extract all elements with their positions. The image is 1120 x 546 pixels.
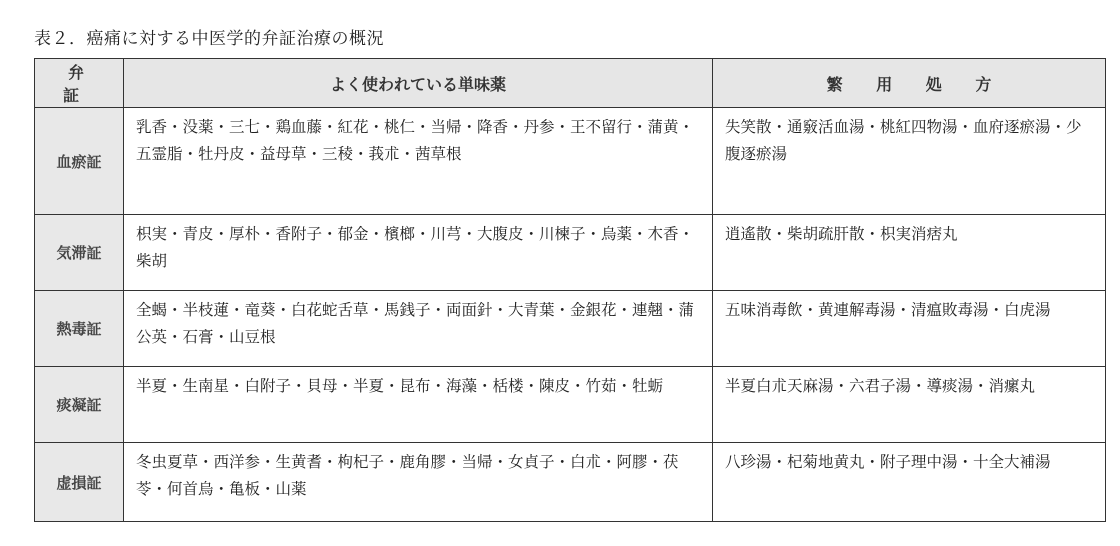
herbs-cell: 乳香・没薬・三七・鶏血藤・紅花・桃仁・当帰・降香・丹参・王不留行・蒲黄・五霊脂・… <box>124 108 713 215</box>
table-row: 虚損証 冬虫夏草・西洋参・生黄耆・枸杞子・鹿角膠・当帰・女貞子・白朮・阿膠・茯苓… <box>35 443 1106 522</box>
formulas-cell: 八珍湯・杞菊地黄丸・附子理中湯・十全大補湯 <box>713 443 1106 522</box>
herbs-cell: 冬虫夏草・西洋参・生黄耆・枸杞子・鹿角膠・当帰・女貞子・白朮・阿膠・茯苓・何首烏… <box>124 443 713 522</box>
pattern-cell: 気滞証 <box>35 215 124 291</box>
table-row: 気滞証 枳実・青皮・厚朴・香附子・郁金・檳榔・川芎・大腹皮・川楝子・烏薬・木香・… <box>35 215 1106 291</box>
pattern-cell: 痰凝証 <box>35 367 124 443</box>
formulas-cell: 半夏白朮天麻湯・六君子湯・導痰湯・消瘰丸 <box>713 367 1106 443</box>
herbs-cell: 全蝎・半枝蓮・竜葵・白花蛇舌草・馬銭子・両面針・大青葉・金銀花・連翹・蒲公英・石… <box>124 291 713 367</box>
header-herbs: よく使われている単味薬 <box>124 59 713 108</box>
herbs-cell: 枳実・青皮・厚朴・香附子・郁金・檳榔・川芎・大腹皮・川楝子・烏薬・木香・柴胡 <box>124 215 713 291</box>
header-row: 弁 証 よく使われている単味薬 繁 用 処 方 <box>35 59 1106 108</box>
pattern-cell: 血瘀証 <box>35 108 124 215</box>
header-formulas: 繁 用 処 方 <box>713 59 1106 108</box>
table-row: 血瘀証 乳香・没薬・三七・鶏血藤・紅花・桃仁・当帰・降香・丹参・王不留行・蒲黄・… <box>35 108 1106 215</box>
formulas-cell: 五味消毒飲・黄連解毒湯・清瘟敗毒湯・白虎湯 <box>713 291 1106 367</box>
pattern-cell: 虚損証 <box>35 443 124 522</box>
table-row: 熱毒証 全蝎・半枝蓮・竜葵・白花蛇舌草・馬銭子・両面針・大青葉・金銀花・連翹・蒲… <box>35 291 1106 367</box>
treatment-table: 弁 証 よく使われている単味薬 繁 用 処 方 血瘀証 乳香・没薬・三七・鶏血藤… <box>34 58 1106 522</box>
herbs-cell: 半夏・生南星・白附子・貝母・半夏・昆布・海藻・栝楼・陳皮・竹茹・牡蛎 <box>124 367 713 443</box>
table-caption: 表２．癌痛に対する中医学的弁証治療の概況 <box>34 24 384 49</box>
table-row: 痰凝証 半夏・生南星・白附子・貝母・半夏・昆布・海藻・栝楼・陳皮・竹茹・牡蛎 半… <box>35 367 1106 443</box>
header-pattern: 弁 証 <box>35 59 124 108</box>
formulas-cell: 失笑散・通竅活血湯・桃紅四物湯・血府逐瘀湯・少腹逐瘀湯 <box>713 108 1106 215</box>
formulas-cell: 逍遙散・柴胡疏肝散・枳実消痞丸 <box>713 215 1106 291</box>
pattern-cell: 熱毒証 <box>35 291 124 367</box>
